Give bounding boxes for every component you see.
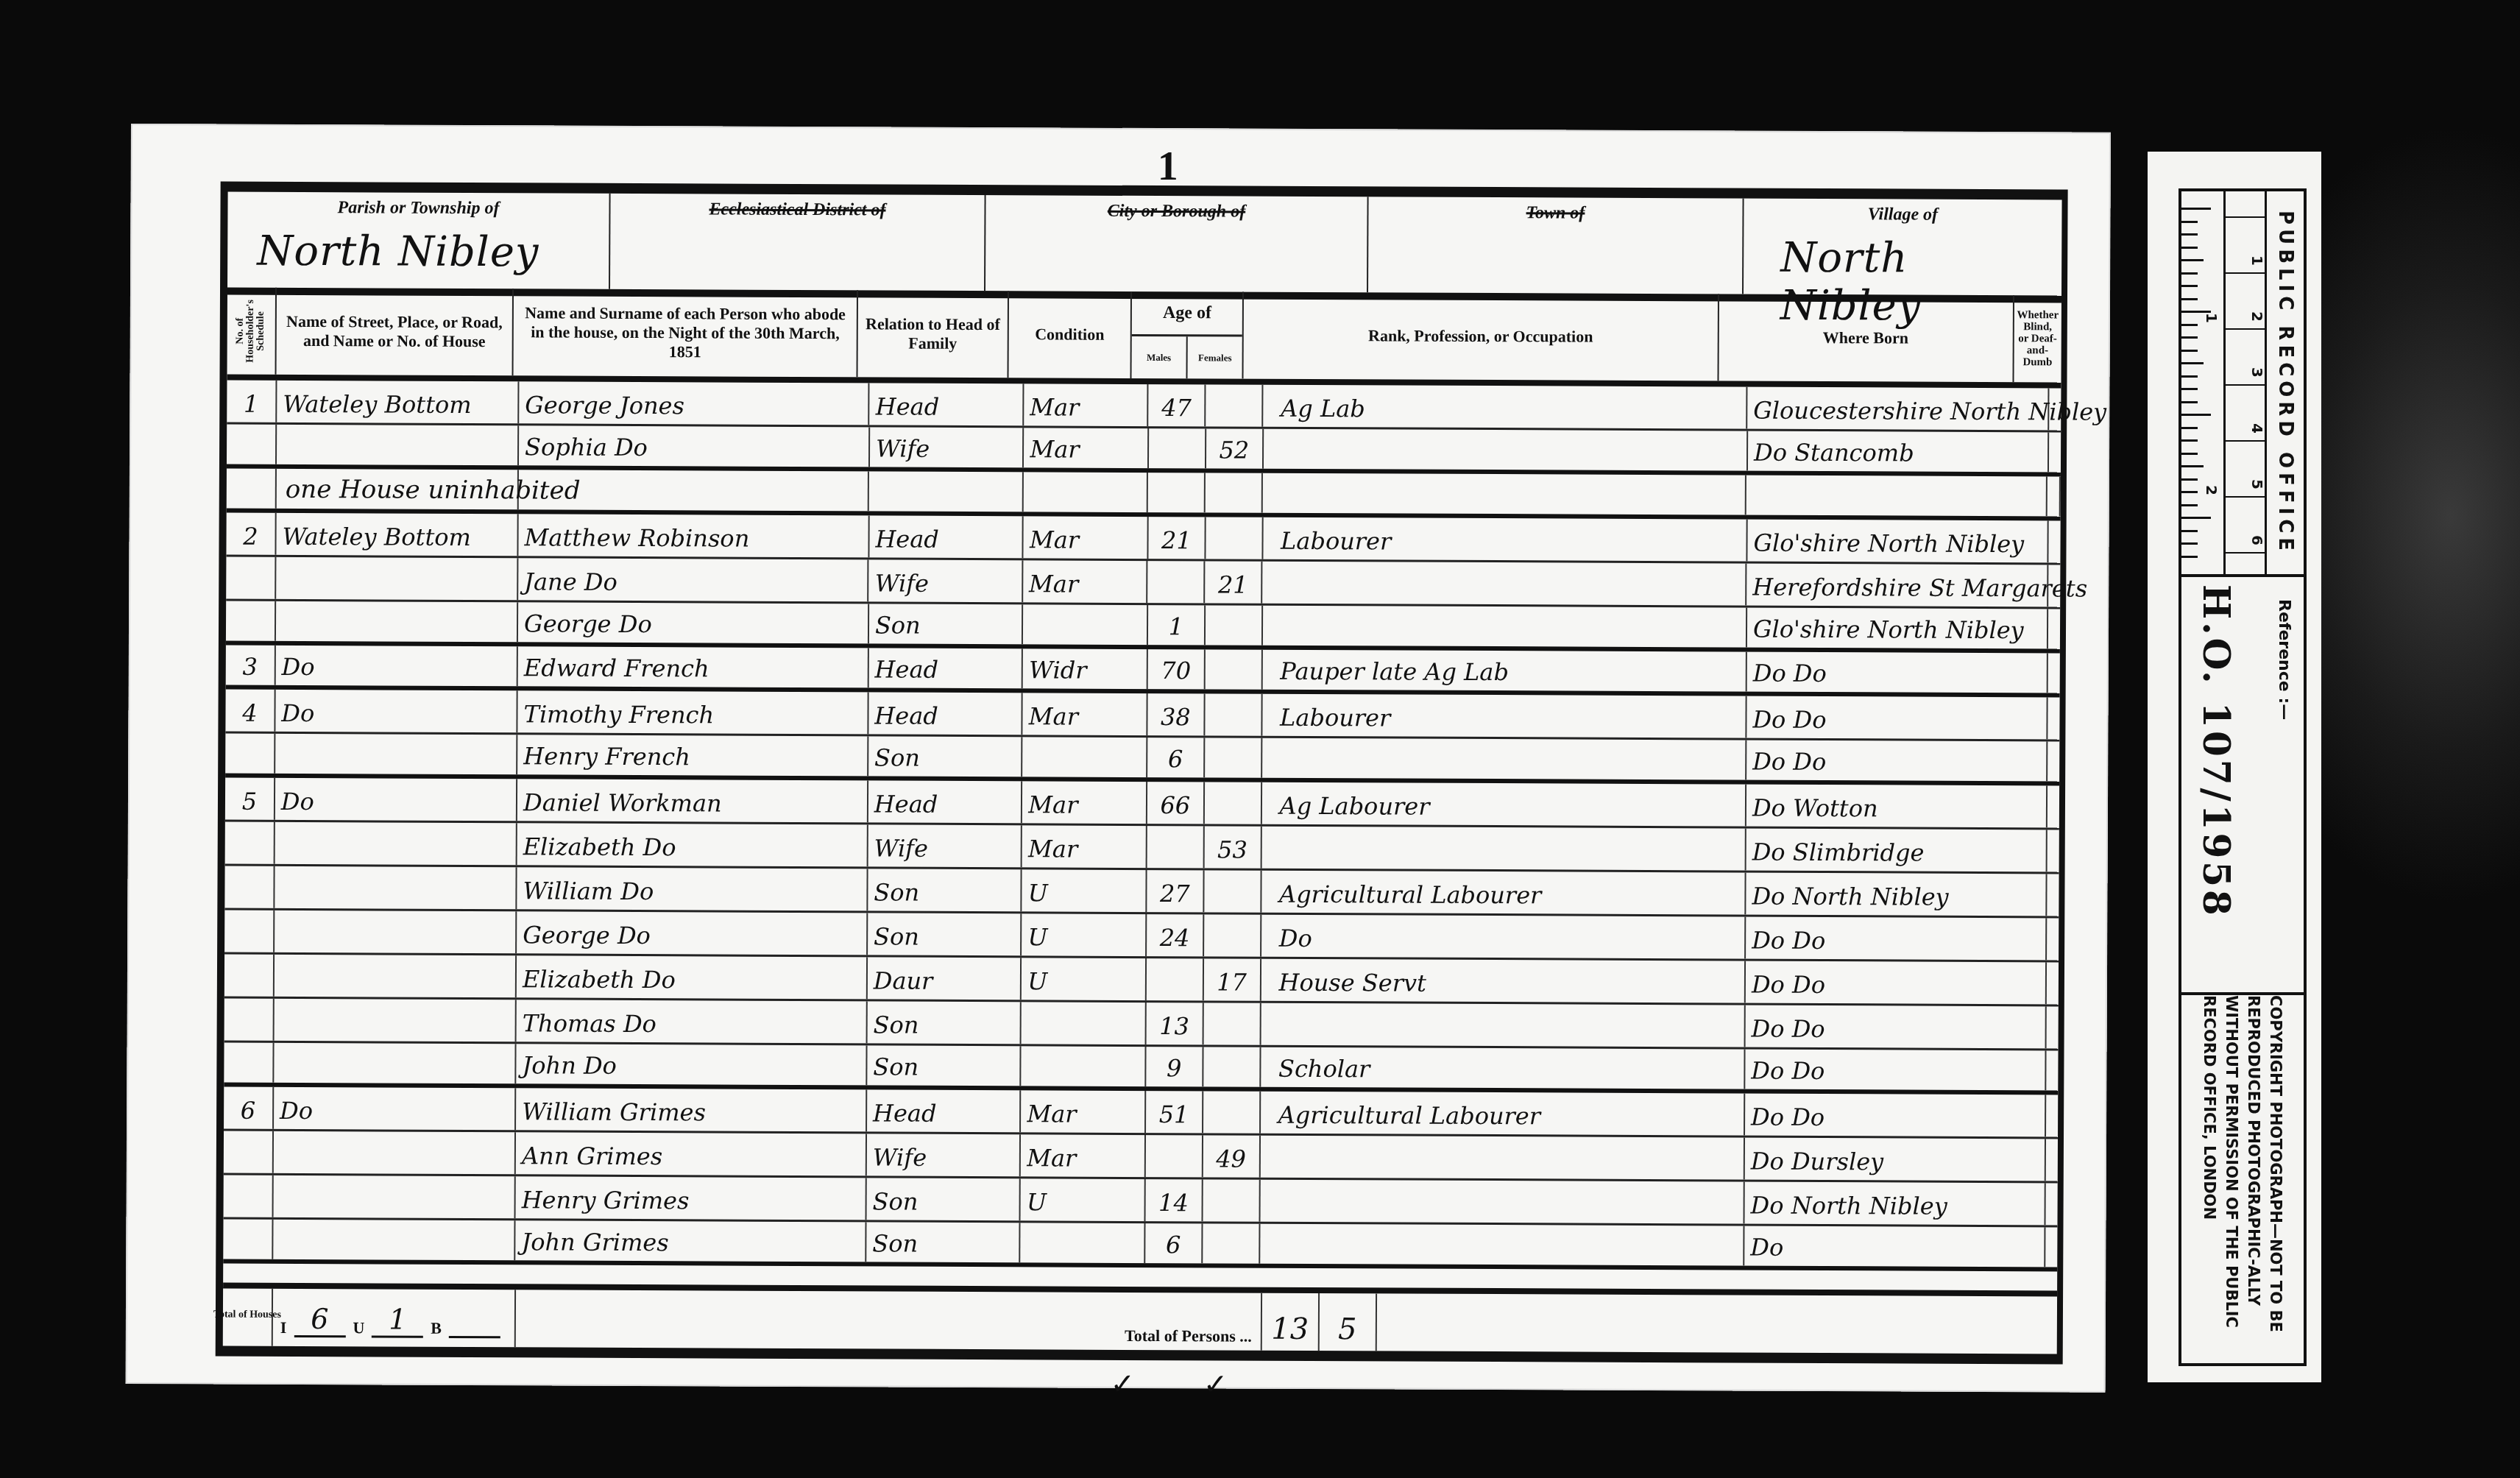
schedule-number bbox=[223, 1220, 273, 1259]
ruler-tick bbox=[2181, 478, 2198, 481]
column-headers: No. of Householder's Schedule Name of St… bbox=[227, 288, 2061, 389]
person-name: Edward French bbox=[518, 646, 869, 687]
total-females: 5 bbox=[1320, 1293, 1377, 1351]
blind-deaf bbox=[2049, 388, 2061, 430]
schedule-number bbox=[224, 999, 275, 1041]
schedule-number bbox=[224, 1175, 274, 1217]
occupation: Ag Labourer bbox=[1261, 782, 1746, 827]
male-age bbox=[1147, 826, 1205, 868]
birthplace: Do Do bbox=[1746, 917, 2047, 961]
inhabited-label: I bbox=[280, 1318, 287, 1337]
birthplace: Do North Nibley bbox=[1745, 1182, 2046, 1226]
table-row: 6DoWilliam GrimesHeadMar51Agricultural L… bbox=[224, 1087, 2058, 1139]
table-row: Elizabeth DoDaurU17House ServtDo Do bbox=[224, 955, 2059, 1007]
male-age bbox=[1147, 958, 1204, 1000]
reference-label: Reference :— bbox=[2275, 599, 2293, 720]
blind-deaf bbox=[2048, 476, 2061, 516]
total-persons-label: Total of Persons ... bbox=[516, 1290, 1262, 1350]
col-schedule: No. of Householder's Schedule bbox=[227, 288, 277, 375]
male-age bbox=[1146, 1135, 1203, 1177]
street-name: Do bbox=[274, 1087, 516, 1130]
male-age: 13 bbox=[1147, 1003, 1204, 1044]
age-label: Age of bbox=[1132, 291, 1243, 337]
ruler-tick bbox=[2181, 542, 2198, 545]
street-name bbox=[273, 1175, 515, 1218]
col-age: Age of Males Females bbox=[1131, 291, 1244, 379]
relation: Wife bbox=[867, 1134, 1022, 1176]
ruler-tick bbox=[2181, 491, 2198, 493]
female-age bbox=[1204, 870, 1261, 912]
male-age bbox=[1149, 428, 1206, 468]
occupation bbox=[1264, 429, 1749, 471]
occupation bbox=[1262, 738, 1747, 780]
village-cell: Village of North Nibley bbox=[1744, 199, 2062, 296]
table-row: one House uninhabited bbox=[227, 469, 2061, 521]
person-name: John Grimes bbox=[515, 1220, 866, 1262]
female-age bbox=[1203, 1179, 1260, 1221]
occupation bbox=[1263, 606, 1748, 648]
birthplace: Do Do bbox=[1745, 1050, 2046, 1091]
table-row: John DoSon9ScholarDo Do bbox=[224, 1043, 2058, 1095]
relation: Son bbox=[867, 1045, 1022, 1086]
males-label: Males bbox=[1131, 336, 1188, 378]
blind-deaf bbox=[2048, 741, 2059, 781]
schedule-number bbox=[227, 425, 277, 464]
birthplace: Do Do bbox=[1746, 961, 2047, 1005]
ruler-tick bbox=[2181, 259, 2204, 261]
blind-deaf bbox=[2047, 918, 2059, 960]
col-street: Name of Street, Place, or Road, and Name… bbox=[276, 288, 514, 375]
condition: Mar bbox=[1021, 1090, 1146, 1133]
ruler-tick bbox=[2181, 324, 2198, 326]
birthplace: Do Do bbox=[1746, 696, 2048, 740]
occupation bbox=[1261, 1003, 1746, 1047]
total-houses-label: Total of Houses bbox=[223, 1289, 273, 1346]
schedule-number bbox=[224, 1043, 274, 1083]
schedule-number bbox=[225, 822, 275, 864]
male-age bbox=[1148, 473, 1206, 512]
table-row: Henry FrenchSon6Do Do bbox=[225, 734, 2059, 786]
ruler-tick bbox=[2181, 311, 2211, 313]
blind-deaf bbox=[2048, 609, 2060, 648]
person-name: William Do bbox=[517, 867, 868, 911]
occupation bbox=[1260, 1136, 1745, 1180]
occupation: Agricultural Labourer bbox=[1261, 1092, 1746, 1136]
street-name bbox=[275, 734, 517, 774]
condition: Widr bbox=[1023, 648, 1148, 689]
condition: Mar bbox=[1022, 825, 1147, 868]
ruler-tick bbox=[2181, 465, 2204, 467]
person-name: George Do bbox=[518, 602, 869, 643]
birthplace: Do Do bbox=[1747, 652, 2048, 693]
ruler-tick bbox=[2181, 427, 2198, 429]
table-row: 3DoEdward FrenchHeadWidr70Pauper late Ag… bbox=[226, 646, 2060, 698]
town-cell: Town of bbox=[1368, 197, 1744, 294]
birthplace: Do Dursley bbox=[1745, 1138, 2046, 1181]
condition: Mar bbox=[1024, 383, 1149, 426]
locality-band: Parish or Township of North Nibley Eccle… bbox=[227, 192, 2062, 303]
reference-value: H.O. 107/1958 bbox=[2195, 584, 2238, 919]
condition bbox=[1022, 1046, 1147, 1086]
occupation: Ag Lab bbox=[1263, 385, 1747, 429]
relation: Head bbox=[869, 515, 1024, 558]
street-name bbox=[275, 911, 517, 953]
relation: Son bbox=[866, 1222, 1021, 1262]
female-age: 52 bbox=[1206, 428, 1264, 468]
page-number: 1 bbox=[1158, 143, 1178, 190]
uninhabited-note: one House uninhabited bbox=[286, 475, 581, 506]
birthplace: Glo'shire North Nibley bbox=[1747, 520, 2048, 563]
schedule-number bbox=[224, 955, 275, 997]
ruler-tick bbox=[2181, 208, 2211, 210]
schedule-number bbox=[224, 911, 275, 952]
schedule-number: 1 bbox=[227, 381, 277, 422]
street-name bbox=[274, 999, 516, 1042]
table-row: Thomas DoSon13Do Do bbox=[224, 999, 2059, 1051]
total-houses: I 6 U 1 B bbox=[273, 1289, 516, 1347]
street-name: Do bbox=[275, 778, 517, 821]
ruler-tick bbox=[2181, 375, 2198, 378]
col-blind: Whether Blind, or Deaf-and-Dumb bbox=[2014, 295, 2061, 382]
ruler-tick bbox=[2181, 233, 2198, 236]
ruler-tick bbox=[2181, 530, 2198, 532]
person-name: Elizabeth Do bbox=[517, 955, 868, 999]
col-condition: Condition bbox=[1009, 291, 1132, 378]
female-age bbox=[1204, 914, 1261, 956]
table-row: William DoSonU27Agricultural LabourerDo … bbox=[224, 866, 2059, 919]
condition bbox=[1023, 472, 1148, 512]
person-name: Thomas Do bbox=[517, 1000, 868, 1043]
female-age bbox=[1205, 738, 1262, 777]
person-name: Timothy French bbox=[517, 690, 868, 734]
occupation bbox=[1260, 1224, 1745, 1266]
street-name bbox=[275, 822, 517, 865]
blind-deaf bbox=[2047, 874, 2059, 916]
parish-value: North Nibley bbox=[257, 227, 539, 277]
ruler-tick bbox=[2181, 272, 2198, 275]
table-row: George DoSon1Glo'shire North Nibley bbox=[226, 601, 2060, 654]
ruler-tick bbox=[2181, 388, 2198, 390]
ruler-tick bbox=[2181, 285, 2198, 287]
col-born: Where Born bbox=[1719, 294, 2014, 382]
blind-deaf bbox=[2045, 1183, 2057, 1225]
occupation: House Servt bbox=[1261, 959, 1746, 1003]
female-age bbox=[1206, 384, 1263, 426]
person-name: Henry French bbox=[517, 735, 868, 776]
occupation: Agricultural Labourer bbox=[1261, 871, 1746, 915]
relation: Son bbox=[868, 913, 1022, 955]
person-name: Elizabeth Do bbox=[517, 823, 868, 866]
female-age bbox=[1203, 1223, 1260, 1263]
female-age bbox=[1206, 605, 1263, 645]
parish-label: Parish or Township of bbox=[227, 198, 609, 219]
male-age: 14 bbox=[1146, 1179, 1203, 1221]
relation: Head bbox=[870, 383, 1024, 425]
condition: U bbox=[1022, 913, 1147, 956]
male-age: 51 bbox=[1146, 1091, 1203, 1133]
blind-deaf bbox=[2048, 697, 2059, 739]
blind-deaf bbox=[2049, 432, 2061, 472]
female-age: 53 bbox=[1204, 826, 1261, 868]
person-name: Henry Grimes bbox=[516, 1176, 867, 1220]
female-age bbox=[1206, 517, 1263, 559]
condition bbox=[1023, 604, 1148, 645]
occupation: Labourer bbox=[1263, 517, 1748, 562]
relation: Son bbox=[866, 1178, 1021, 1220]
building-value bbox=[449, 1336, 500, 1338]
male-age: 47 bbox=[1149, 384, 1206, 426]
birthplace: Do Do bbox=[1745, 1094, 2046, 1137]
city-label: City or Borough of bbox=[985, 201, 1367, 222]
blind-deaf bbox=[2045, 1227, 2057, 1267]
person-name: William Grimes bbox=[516, 1088, 867, 1131]
blind-deaf bbox=[2047, 962, 2059, 1004]
birthplace: Do Wotton bbox=[1746, 785, 2048, 828]
uninhabited-value: 1 bbox=[372, 1303, 423, 1337]
condition: Mar bbox=[1024, 428, 1149, 468]
street-name: Do bbox=[276, 646, 518, 686]
col-name: Name and Surname of each Person who abod… bbox=[514, 289, 858, 377]
col-relation: Relation to Head of Family bbox=[857, 290, 1009, 378]
cm-ruler: 1 2 3 4 5 6 bbox=[2223, 191, 2267, 574]
totals-row: Total of Houses I 6 U 1 B Total of Perso… bbox=[223, 1283, 2057, 1354]
schedule-number bbox=[226, 557, 276, 599]
reference-box: Reference :— H.O. 107/1958 bbox=[2181, 574, 2304, 989]
female-age bbox=[1205, 649, 1262, 689]
blind-deaf bbox=[2048, 565, 2060, 607]
condition bbox=[1022, 1002, 1147, 1044]
person-name: Sophia Do bbox=[519, 425, 870, 467]
street-name bbox=[275, 866, 517, 909]
birthplace: Do Do bbox=[1746, 740, 2048, 782]
street-name bbox=[274, 1131, 516, 1174]
copyright-notice: COPYRIGHT PHOTOGRAPH—NOT TO BE REPRODUCE… bbox=[2181, 992, 2304, 1363]
ecclesiastical-cell: Ecclesiastical District of bbox=[610, 194, 986, 291]
condition: U bbox=[1022, 869, 1147, 912]
condition bbox=[1021, 1223, 1146, 1263]
table-row: Jane DoWifeMar21Herefordshire St Margare… bbox=[226, 557, 2060, 609]
blind-deaf bbox=[2046, 1095, 2058, 1136]
table-row: George DoSonU24DoDo Do bbox=[224, 911, 2059, 963]
male-age: 6 bbox=[1147, 738, 1205, 777]
village-label: Village of bbox=[1744, 205, 2061, 226]
relation: Wife bbox=[869, 559, 1024, 602]
blind-deaf bbox=[2048, 785, 2059, 827]
female-age: 49 bbox=[1203, 1135, 1261, 1177]
record-office-title: PUBLIC RECORD OFFICE bbox=[2265, 191, 2304, 574]
blind-deaf bbox=[2048, 830, 2059, 871]
ruler-tick bbox=[2181, 401, 2198, 403]
male-age: 21 bbox=[1148, 517, 1206, 559]
building-label: B bbox=[431, 1319, 442, 1338]
birthplace: Do Do bbox=[1746, 1005, 2047, 1049]
female-age bbox=[1205, 782, 1262, 824]
city-cell: City or Borough of bbox=[985, 195, 1369, 292]
schedule-number bbox=[224, 866, 275, 908]
condition: Mar bbox=[1023, 693, 1148, 735]
street-name bbox=[275, 955, 517, 997]
relation: Head bbox=[868, 692, 1023, 735]
ruler-tick bbox=[2181, 439, 2198, 442]
female-age: 17 bbox=[1204, 958, 1261, 1000]
occupation: Pauper late Ag Lab bbox=[1262, 650, 1747, 692]
inch-ruler: 1 2 bbox=[2181, 191, 2226, 574]
schedule-number: 6 bbox=[224, 1087, 274, 1129]
female-age: 21 bbox=[1205, 561, 1262, 603]
birthplace: Do North Nibley bbox=[1746, 873, 2047, 916]
table-row: Ann GrimesWifeMar49Do Dursley bbox=[224, 1131, 2058, 1184]
occupation bbox=[1261, 827, 1746, 871]
blind-deaf bbox=[2047, 1006, 2059, 1048]
male-age: 6 bbox=[1145, 1223, 1203, 1263]
occupation: Labourer bbox=[1262, 694, 1747, 738]
total-males: 13 bbox=[1262, 1293, 1320, 1351]
schedule-number: 3 bbox=[226, 646, 276, 685]
parish-cell: Parish or Township of North Nibley bbox=[227, 192, 611, 289]
ruler-tick bbox=[2181, 556, 2198, 558]
ruler-tick bbox=[2181, 221, 2198, 223]
schedule-number bbox=[225, 734, 275, 774]
ruler-tick bbox=[2181, 517, 2211, 519]
female-age bbox=[1205, 693, 1262, 735]
relation: Head bbox=[868, 780, 1023, 823]
relation: Head bbox=[869, 648, 1024, 688]
birthplace bbox=[1746, 475, 2048, 517]
inhabited-value: 6 bbox=[294, 1303, 345, 1337]
condition: Mar bbox=[1023, 560, 1148, 603]
birthplace: Gloucestershire North Nibley bbox=[1747, 387, 2049, 431]
check-marks: ✓ ✓ bbox=[1110, 1368, 1257, 1402]
ruler-tick bbox=[2181, 336, 2198, 339]
street-name: Do bbox=[275, 690, 517, 732]
ruler-tick bbox=[2181, 504, 2198, 506]
census-form: Parish or Township of North Nibley Eccle… bbox=[216, 182, 2068, 1365]
condition: Mar bbox=[1024, 516, 1149, 559]
table-row: Elizabeth DoWifeMar53Do Slimbridge bbox=[225, 822, 2059, 874]
ruler-tick bbox=[2181, 350, 2198, 352]
record-office-strip: PUBLIC RECORD OFFICE 1 2 3 4 5 6 1 2 Ref… bbox=[2148, 152, 2321, 1382]
relation: Son bbox=[869, 604, 1024, 644]
occupation: Do bbox=[1261, 915, 1746, 959]
ruler-tick bbox=[2181, 298, 2198, 300]
table-row: 2Wateley BottomMatthew RobinsonHeadMar21… bbox=[226, 513, 2060, 565]
relation bbox=[869, 471, 1024, 512]
female-age bbox=[1203, 1003, 1261, 1044]
relation: Son bbox=[868, 869, 1022, 911]
census-sheet: 1 Parish or Township of North Nibley Ecc… bbox=[126, 124, 2111, 1393]
street-name bbox=[276, 601, 518, 642]
relation: Head bbox=[867, 1089, 1022, 1132]
person-name: Jane Do bbox=[518, 558, 869, 601]
male-age: 1 bbox=[1148, 605, 1206, 645]
male-age: 9 bbox=[1146, 1047, 1203, 1086]
birthplace: Do bbox=[1744, 1226, 2045, 1267]
table-row: Sophia DoWifeMar52Do Stancomb bbox=[227, 425, 2061, 477]
ruler-tick bbox=[2181, 362, 2204, 364]
relation: Wife bbox=[868, 824, 1022, 867]
occupation bbox=[1260, 1180, 1745, 1224]
table-row: 4DoTimothy FrenchHeadMar38LabourerDo Do bbox=[225, 690, 2059, 742]
condition: U bbox=[1022, 958, 1147, 1000]
uninhabited-label: U bbox=[353, 1318, 364, 1337]
blind-deaf bbox=[2046, 1139, 2058, 1181]
condition: Mar bbox=[1022, 781, 1147, 824]
street-name: Wateley Bottom bbox=[277, 381, 519, 423]
person-name: Matthew Robinson bbox=[519, 514, 870, 557]
male-age: 38 bbox=[1147, 693, 1205, 735]
town-label: Town of bbox=[1368, 202, 1742, 224]
table-row: 1Wateley BottomGeorge JonesHeadMar47Ag L… bbox=[227, 381, 2061, 433]
schedule-number bbox=[226, 601, 276, 641]
schedule-number: 4 bbox=[225, 690, 275, 732]
ruler-tick bbox=[2181, 414, 2211, 416]
female-age bbox=[1203, 1091, 1261, 1133]
street-name: Wateley Bottom bbox=[276, 513, 518, 556]
females-label: Females bbox=[1188, 336, 1243, 378]
person-name: George Do bbox=[517, 911, 868, 955]
male-age bbox=[1148, 561, 1206, 603]
birthplace: Glo'shire North Nibley bbox=[1747, 608, 2048, 649]
person-name: Ann Grimes bbox=[516, 1132, 867, 1175]
male-age: 66 bbox=[1147, 782, 1205, 824]
totals-blank bbox=[1377, 1293, 2057, 1354]
table-row: Henry GrimesSonU14Do North Nibley bbox=[224, 1175, 2058, 1228]
female-age bbox=[1205, 473, 1262, 512]
ruler-tick bbox=[2181, 453, 2198, 455]
schedule-number: 2 bbox=[226, 513, 276, 555]
ruler-tick bbox=[2181, 247, 2198, 249]
schedule-number: 5 bbox=[225, 778, 275, 820]
occupation: Scholar bbox=[1261, 1047, 1746, 1089]
table-row: John GrimesSon6Do bbox=[223, 1220, 2057, 1272]
col-occupation: Rank, Profession, or Occupation bbox=[1244, 292, 1719, 381]
condition: U bbox=[1021, 1178, 1146, 1221]
relation: Daur bbox=[868, 957, 1022, 1000]
ecclesiastical-label: Ecclesiastical District of bbox=[610, 199, 984, 221]
table-row: 5DoDaniel WorkmanHeadMar66Ag LabourerDo … bbox=[225, 778, 2059, 830]
condition: Mar bbox=[1021, 1134, 1146, 1177]
birthplace: Herefordshire St Margarets bbox=[1746, 564, 2048, 607]
schedule-number bbox=[224, 1131, 274, 1173]
street-name bbox=[277, 425, 519, 465]
record-office-frame: PUBLIC RECORD OFFICE 1 2 3 4 5 6 1 2 Ref… bbox=[2179, 188, 2307, 1366]
schedule-number bbox=[227, 469, 277, 509]
person-name: Daniel Workman bbox=[517, 779, 868, 822]
relation: Son bbox=[867, 1001, 1022, 1044]
birthplace: Do Stancomb bbox=[1748, 431, 2049, 473]
birthplace: Do Slimbridge bbox=[1746, 829, 2048, 872]
blind-deaf bbox=[2048, 520, 2060, 562]
census-rows: 1Wateley BottomGeorge JonesHeadMar47Ag L… bbox=[223, 381, 2061, 1272]
street-name bbox=[276, 557, 518, 600]
female-age bbox=[1203, 1047, 1261, 1086]
condition bbox=[1023, 737, 1148, 777]
relation: Son bbox=[868, 736, 1023, 777]
occupation bbox=[1262, 562, 1746, 606]
person-name: George Jones bbox=[519, 381, 870, 425]
person-name: John Do bbox=[516, 1044, 867, 1085]
relation: Wife bbox=[870, 427, 1024, 467]
male-age: 24 bbox=[1147, 914, 1204, 956]
street-name bbox=[274, 1043, 516, 1083]
male-age: 27 bbox=[1147, 870, 1204, 912]
blind-deaf bbox=[2048, 653, 2060, 693]
occupation bbox=[1262, 473, 1746, 515]
blind-deaf bbox=[2046, 1050, 2058, 1090]
male-age: 70 bbox=[1148, 649, 1206, 689]
street-name bbox=[273, 1220, 515, 1260]
